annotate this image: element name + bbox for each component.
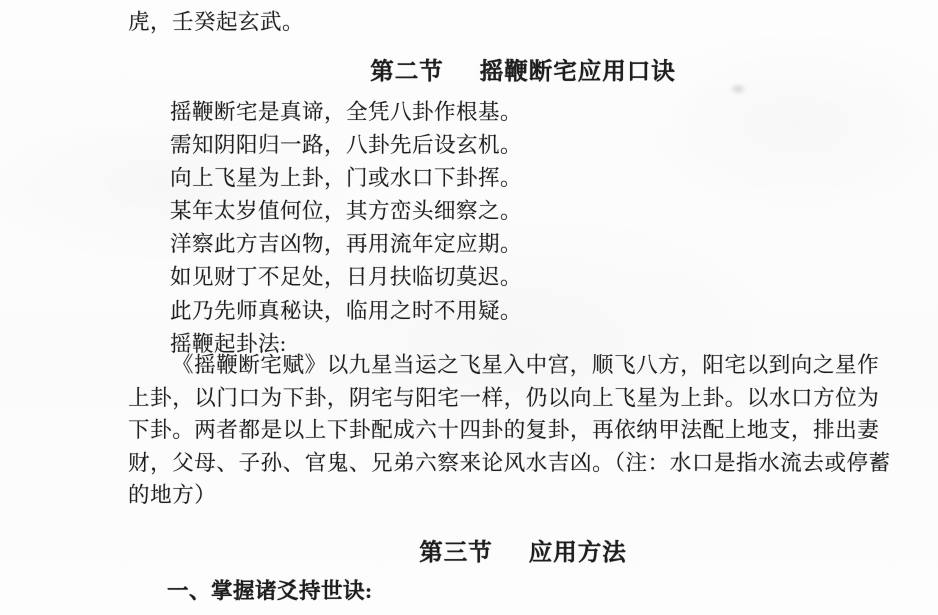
- text-line: 《摇鞭断宅赋》以九星当运之飞星入中宫，顺飞八方，阳宅以到向之星作: [128, 348, 918, 381]
- text-line: 摇鞭断宅是真谛，全凭八卦作根基。: [170, 95, 522, 128]
- section-2-heading: 第二节 摇鞭断宅应用口诀: [128, 52, 918, 86]
- section-3-number: 第三节: [419, 533, 493, 567]
- text-line: 的地方）: [128, 478, 918, 511]
- text-line: 需知阴阳归一路，八卦先后设玄机。: [170, 128, 522, 161]
- subsection-heading: 一、掌握诸爻持世诀:: [167, 575, 373, 608]
- verse-block: 摇鞭断宅是真谛，全凭八卦作根基。需知阴阳归一路，八卦先后设玄机。向上飞星为上卦，…: [170, 95, 522, 360]
- text-line: 此乃先师真秘诀，临用之时不用疑。: [170, 294, 522, 327]
- section-3-heading: 第三节 应用方法: [128, 533, 918, 567]
- text-line: 洋察此方吉凶物，再用流年定应期。: [170, 227, 522, 260]
- text-line: 向上飞星为上卦，门或水口下卦挥。: [170, 161, 522, 194]
- opening-line: 虎，壬癸起玄武。: [128, 6, 304, 39]
- text-line: 财，父母、子孙、官鬼、兄弟六察来论风水吉凶。（注：水口是指水流去或停蓄: [128, 446, 918, 479]
- section-2-number: 第二节: [370, 52, 444, 86]
- body-paragraph: 《摇鞭断宅赋》以九星当运之飞星入中宫，顺飞八方，阳宅以到向之星作上卦，以门口为下…: [128, 348, 918, 511]
- section-3-title: 应用方法: [529, 533, 627, 567]
- text-line: 下卦。两者都是以上下卦配成六十四卦的复卦，再依纳甲法配上地支，排出妻: [128, 413, 918, 446]
- section-2-title: 摇鞭断宅应用口诀: [480, 52, 676, 86]
- text-line: 某年太岁值何位，其方峦头细察之。: [170, 194, 522, 227]
- text-line: 如见财丁不足处，日月扶临切莫迟。: [170, 260, 522, 293]
- scanned-book-page: 虎，壬癸起玄武。 第二节 摇鞭断宅应用口诀 摇鞭断宅是真谛，全凭八卦作根基。需知…: [0, 0, 938, 615]
- text-line: 上卦，以门口为下卦，阴宅与阳宅一样，仍以向上飞星为上卦。以水口方位为: [128, 381, 918, 414]
